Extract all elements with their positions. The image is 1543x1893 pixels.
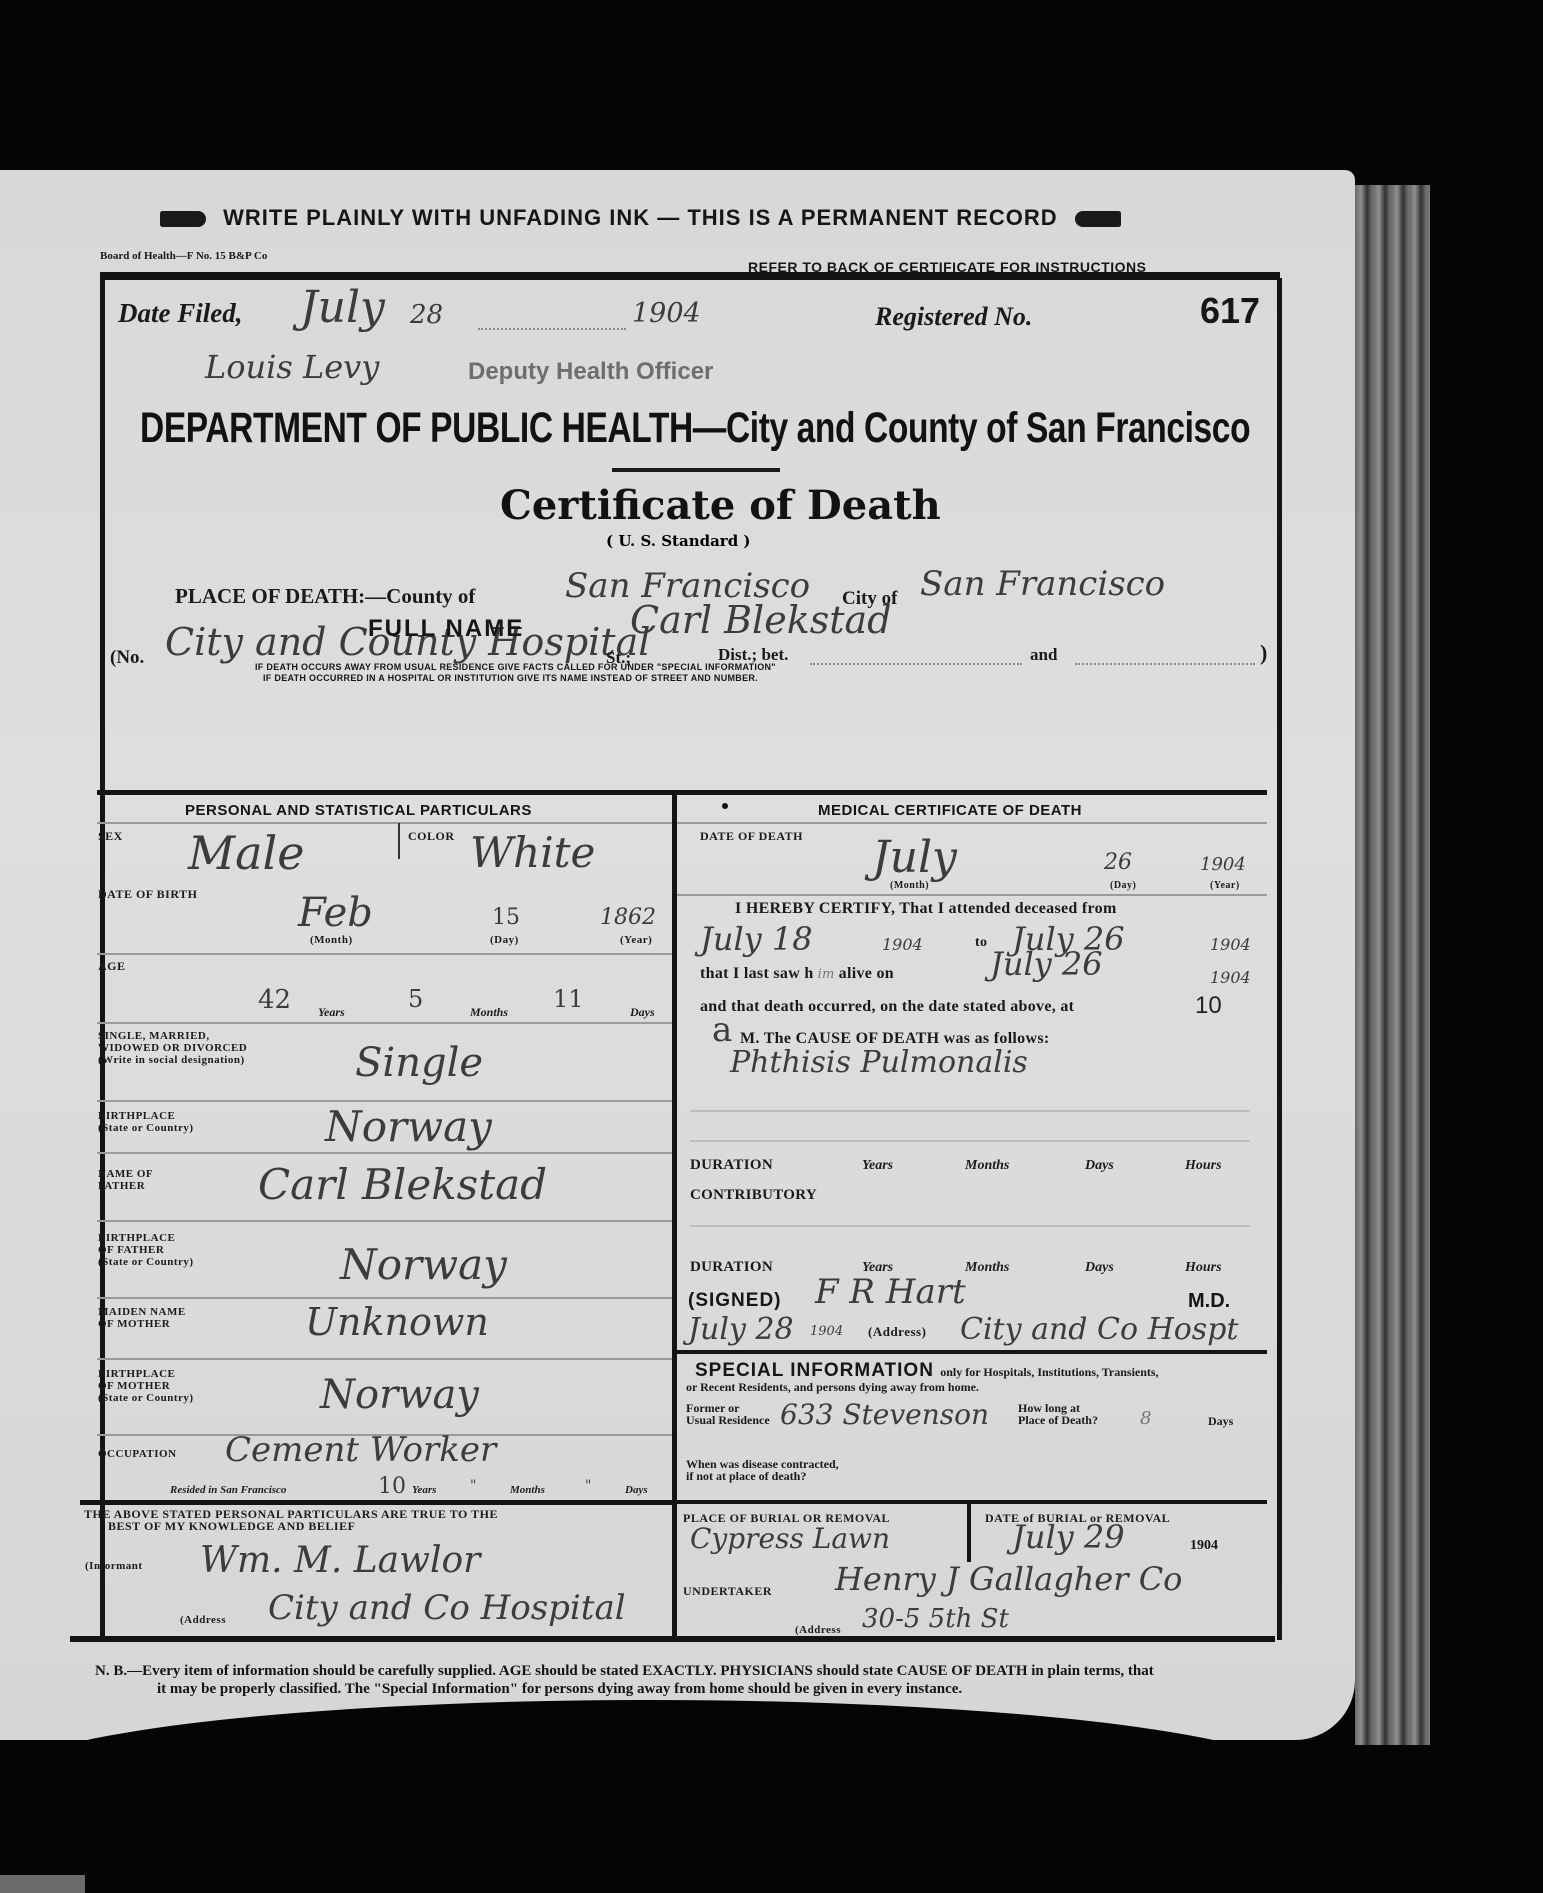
burial-date-value: July 29: [1012, 1518, 1125, 1556]
how-long-label: How long at Place of Death?: [1018, 1402, 1098, 1426]
dob-month: Feb: [298, 890, 373, 936]
attestation-line-2: BEST OF MY KNOWLEDGE AND BELIEF: [84, 1520, 498, 1532]
duration-hours-2: Hours: [1185, 1260, 1222, 1276]
row-line: [690, 1225, 1250, 1227]
date-filed-line: [478, 328, 626, 330]
age-years: 42: [258, 985, 291, 1015]
dob-year-caption: (Year): [620, 934, 652, 946]
dod-year-caption: (Year): [1210, 880, 1240, 892]
signed-year: 1904: [810, 1324, 843, 1339]
close-paren: ): [1260, 640, 1267, 666]
age-days: 11: [553, 985, 584, 1013]
dod-day-caption: (Day): [1110, 880, 1136, 892]
duration-days-2: Days: [1085, 1260, 1114, 1276]
undertaker-label: UNDERTAKER: [683, 1585, 772, 1597]
color-value: White: [470, 828, 595, 877]
column-divider: [672, 790, 677, 1640]
personal-heading: PERSONAL AND STATISTICAL PARTICULARS: [185, 802, 532, 819]
last-saw-date: July 26: [990, 945, 1103, 983]
father-label-1: NAME OF: [98, 1168, 153, 1180]
title-divider: [612, 468, 780, 472]
city-value: San Francisco: [920, 564, 1165, 604]
age-label: AGE: [98, 960, 126, 972]
dob-year: 1862: [600, 905, 656, 930]
burial-divider: [967, 1502, 971, 1562]
particulars-top-rule: [97, 790, 1267, 795]
district-line-2: [1075, 663, 1255, 665]
street-number-label: (No.: [110, 647, 144, 669]
time-of-death: 10: [1195, 992, 1222, 1020]
father-birthplace-label-2: OF FATHER: [98, 1244, 194, 1256]
mother-label-1: MAIDEN NAME: [98, 1306, 186, 1318]
physician-address: City and Co Hospt: [960, 1312, 1238, 1347]
district-line: [810, 663, 1022, 665]
mother-label-2: OF MOTHER: [98, 1318, 186, 1330]
former-residence-label: Former or Usual Residence: [686, 1402, 770, 1426]
bullet-dot: [722, 803, 728, 809]
to-label: to: [975, 935, 987, 951]
mother-birthplace-label-3: (State or Country): [98, 1392, 194, 1404]
last-saw-prefix: that I last saw h: [700, 965, 814, 982]
father-birthplace-label-1: BIRTHPLACE: [98, 1232, 194, 1244]
row-line: [690, 1140, 1250, 1142]
burial-year: 1904: [1190, 1538, 1218, 1554]
resided-days-caption: Days: [625, 1484, 648, 1496]
marital-value: Single: [355, 1040, 483, 1086]
dob-month-caption: (Month): [310, 934, 353, 946]
duration-months: Months: [965, 1158, 1009, 1174]
occupation-value: Cement Worker: [225, 1430, 496, 1470]
certificate-title: Certificate of Death: [500, 482, 941, 529]
full-name-label: FULL NAME: [368, 615, 524, 643]
birthplace-label: BIRTHPLACE (State or Country): [98, 1110, 194, 1134]
attended-to-year: 1904: [1210, 935, 1251, 954]
row-line: [97, 1358, 672, 1360]
age-months: 5: [408, 985, 423, 1013]
registered-number: 617: [1200, 290, 1260, 332]
duration-label: DURATION: [690, 1157, 773, 1174]
resided-months: ": [470, 1478, 476, 1494]
row-line: [97, 1297, 672, 1299]
duration-label-2: DURATION: [690, 1259, 773, 1276]
signed-date: July 28: [688, 1312, 794, 1347]
resided-months-caption: Months: [510, 1484, 545, 1496]
father-birthplace-value: Norway: [340, 1240, 507, 1289]
sex-color-divider: [398, 823, 400, 859]
place-of-death-label: PLACE OF DEATH:—County of: [175, 584, 475, 609]
attended-from: July 18: [700, 920, 813, 958]
special-heading-note-2: or Recent Residents, and persons dying a…: [686, 1380, 979, 1395]
burial-rule: [677, 1500, 1267, 1504]
father-label-2: FATHER: [98, 1180, 153, 1192]
date-filed-month: July: [300, 282, 385, 333]
row-line: [97, 1022, 672, 1024]
informant-address-label: (Address: [180, 1614, 226, 1626]
banner-text: WRITE PLAINLY WITH UNFADING INK — THIS I…: [223, 205, 1058, 230]
marital-label-1: SINGLE, MARRIED,: [98, 1030, 247, 1042]
footnote-prefix: N. B.—: [95, 1663, 142, 1679]
color-label: COLOR: [408, 830, 455, 842]
last-saw-year: 1904: [1210, 968, 1251, 987]
bottom-tab: [0, 1875, 85, 1893]
resided-days: ": [585, 1478, 591, 1494]
age-years-caption: Years: [318, 1005, 345, 1020]
former-label-2: Usual Residence: [686, 1414, 770, 1426]
attended-from-year: 1904: [882, 935, 923, 954]
md-label: M.D.: [1188, 1290, 1230, 1313]
birthplace-label-1: BIRTHPLACE: [98, 1110, 194, 1122]
footnote: N. B.—Every item of information should b…: [95, 1662, 1155, 1698]
dob-label: DATE OF BIRTH: [98, 888, 197, 900]
bottom-rule: [70, 1636, 1275, 1642]
resided-years-caption: Years: [412, 1484, 436, 1496]
marital-label-2: WIDOWED OR DIVORCED: [98, 1042, 247, 1054]
row-line: [97, 1152, 672, 1154]
marital-label-3: (Write in social designation): [98, 1054, 247, 1066]
duration-years: Years: [862, 1158, 893, 1174]
how-long-value: 8: [1140, 1408, 1151, 1429]
duration-months-2: Months: [965, 1260, 1009, 1276]
dob-day: 15: [492, 905, 520, 930]
sex-label: SEX: [98, 830, 123, 842]
last-saw-pronoun: im: [818, 967, 835, 982]
mother-birthplace-label-2: OF MOTHER: [98, 1380, 194, 1392]
footnote-text: Every item of information should be care…: [142, 1663, 1154, 1697]
full-name-label-text: FULL NAME: [368, 615, 524, 642]
mother-value: Unknown: [305, 1300, 489, 1344]
special-rule: [677, 1350, 1267, 1354]
officer-title: Deputy Health Officer: [468, 358, 713, 386]
certify-text: I HEREBY CERTIFY, That I attended deceas…: [735, 900, 1117, 918]
resided-years: 10: [378, 1474, 406, 1499]
place-note-1: IF DEATH OCCURS AWAY FROM USUAL RESIDENC…: [255, 662, 776, 673]
marital-label: SINGLE, MARRIED, WIDOWED OR DIVORCED (Wr…: [98, 1030, 247, 1066]
date-filed-day: 28: [410, 300, 443, 330]
signed-label: (SIGNED): [688, 1290, 782, 1312]
last-saw-text: that I last saw himalive on: [700, 965, 894, 983]
officer-signature: Louis Levy: [205, 348, 379, 386]
row-line: [97, 822, 672, 824]
duration-hours: Hours: [1185, 1158, 1222, 1174]
full-name-value: Carl Blekstad: [630, 598, 891, 642]
how-long-label-2: Place of Death?: [1018, 1414, 1098, 1426]
burial-place-value: Cypress Lawn: [690, 1522, 890, 1555]
meridiem: a: [712, 1010, 732, 1050]
mother-birthplace-label: BIRTHPLACE OF MOTHER (State or Country): [98, 1368, 194, 1404]
age-months-caption: Months: [470, 1005, 508, 1020]
dod-day: 26: [1104, 850, 1132, 875]
alive-on-label: alive on: [839, 965, 894, 982]
background-shadow: [1430, 180, 1543, 1893]
department-title: DEPARTMENT OF PUBLIC HEALTH—City and Cou…: [140, 404, 1250, 453]
signed-by: F R Hart: [815, 1272, 966, 1312]
informant-address-value: City and Co Hospital: [268, 1588, 626, 1628]
place-note-2: IF DEATH OCCURRED IN A HOSPITAL OR INSTI…: [255, 673, 776, 684]
contracted-label: When was disease contracted, if not at p…: [686, 1458, 839, 1482]
and-label: and: [1030, 645, 1057, 665]
row-line: [690, 1110, 1250, 1112]
form-number: Board of Health—F No. 15 B&P Co: [100, 250, 267, 262]
physician-address-label: (Address): [868, 1326, 926, 1338]
pointing-hand-icon: [1075, 211, 1121, 227]
informant-label: (Informant: [85, 1560, 143, 1572]
father-label: NAME OF FATHER: [98, 1168, 153, 1192]
father-value: Carl Blekstad: [258, 1160, 547, 1209]
birthplace-value: Norway: [325, 1102, 492, 1151]
contracted-label-2: if not at place of death?: [686, 1470, 839, 1482]
resided-label: Resided in San Francisco: [170, 1484, 286, 1496]
contributory-label: CONTRIBUTORY: [690, 1187, 817, 1204]
pointing-hand-icon: [160, 211, 206, 227]
informant-value: Wm. M. Lawlor: [200, 1540, 480, 1581]
mother-birthplace-label-1: BIRTHPLACE: [98, 1368, 194, 1380]
occupation-label: OCCUPATION: [98, 1448, 177, 1460]
dod-month: July: [872, 832, 957, 883]
father-birthplace-label-3: (State or Country): [98, 1256, 194, 1268]
duration-days: Days: [1085, 1158, 1114, 1174]
row-line: [677, 894, 1267, 896]
date-filed-year: 1904: [632, 298, 701, 329]
certificate-subtitle: ( U. S. Standard ): [606, 532, 751, 550]
undertaker-address-label: (Address: [795, 1624, 841, 1636]
special-heading-note: only for Hospitals, Institutions, Transi…: [940, 1365, 1158, 1379]
dod-label: DATE OF DEATH: [700, 830, 803, 842]
age-days-caption: Days: [630, 1005, 655, 1020]
special-heading-text: SPECIAL INFORMATION: [695, 1360, 934, 1381]
medical-heading: MEDICAL CERTIFICATE OF DEATH: [818, 802, 1082, 819]
row-line: [677, 822, 1267, 824]
attestation-rule: [80, 1500, 672, 1505]
attestation-text: THE ABOVE STATED PERSONAL PARTICULARS AR…: [84, 1508, 498, 1532]
date-filed-label: Date Filed,: [118, 298, 242, 329]
special-heading: SPECIAL INFORMATION only for Hospitals, …: [695, 1360, 1159, 1382]
place-instructions: IF DEATH OCCURS AWAY FROM USUAL RESIDENC…: [255, 662, 776, 684]
row-line: [97, 953, 672, 955]
banner: WRITE PLAINLY WITH UNFADING INK — THIS I…: [160, 205, 1121, 231]
father-birthplace-label: BIRTHPLACE OF FATHER (State or Country): [98, 1232, 194, 1268]
mother-label: MAIDEN NAME OF MOTHER: [98, 1306, 186, 1330]
occurred-text: and that death occurred, on the date sta…: [700, 998, 1074, 1016]
former-residence-value: 633 Stevenson: [780, 1398, 989, 1431]
undertaker-address-value: 30-5 5th St: [862, 1604, 1009, 1634]
dod-month-caption: (Month): [890, 880, 929, 892]
registered-label: Registered No.: [875, 302, 1032, 332]
cause-of-death: Phthisis Pulmonalis: [730, 1045, 1028, 1080]
mother-birthplace-value: Norway: [320, 1372, 479, 1418]
row-line: [97, 1220, 672, 1222]
dod-year: 1904: [1200, 854, 1246, 875]
birthplace-label-2: (State or Country): [98, 1122, 194, 1134]
dob-day-caption: (Day): [490, 934, 519, 946]
undertaker-value: Henry J Gallagher Co: [835, 1560, 1182, 1598]
days-label: Days: [1208, 1414, 1233, 1429]
sex-value: Male: [188, 826, 304, 880]
